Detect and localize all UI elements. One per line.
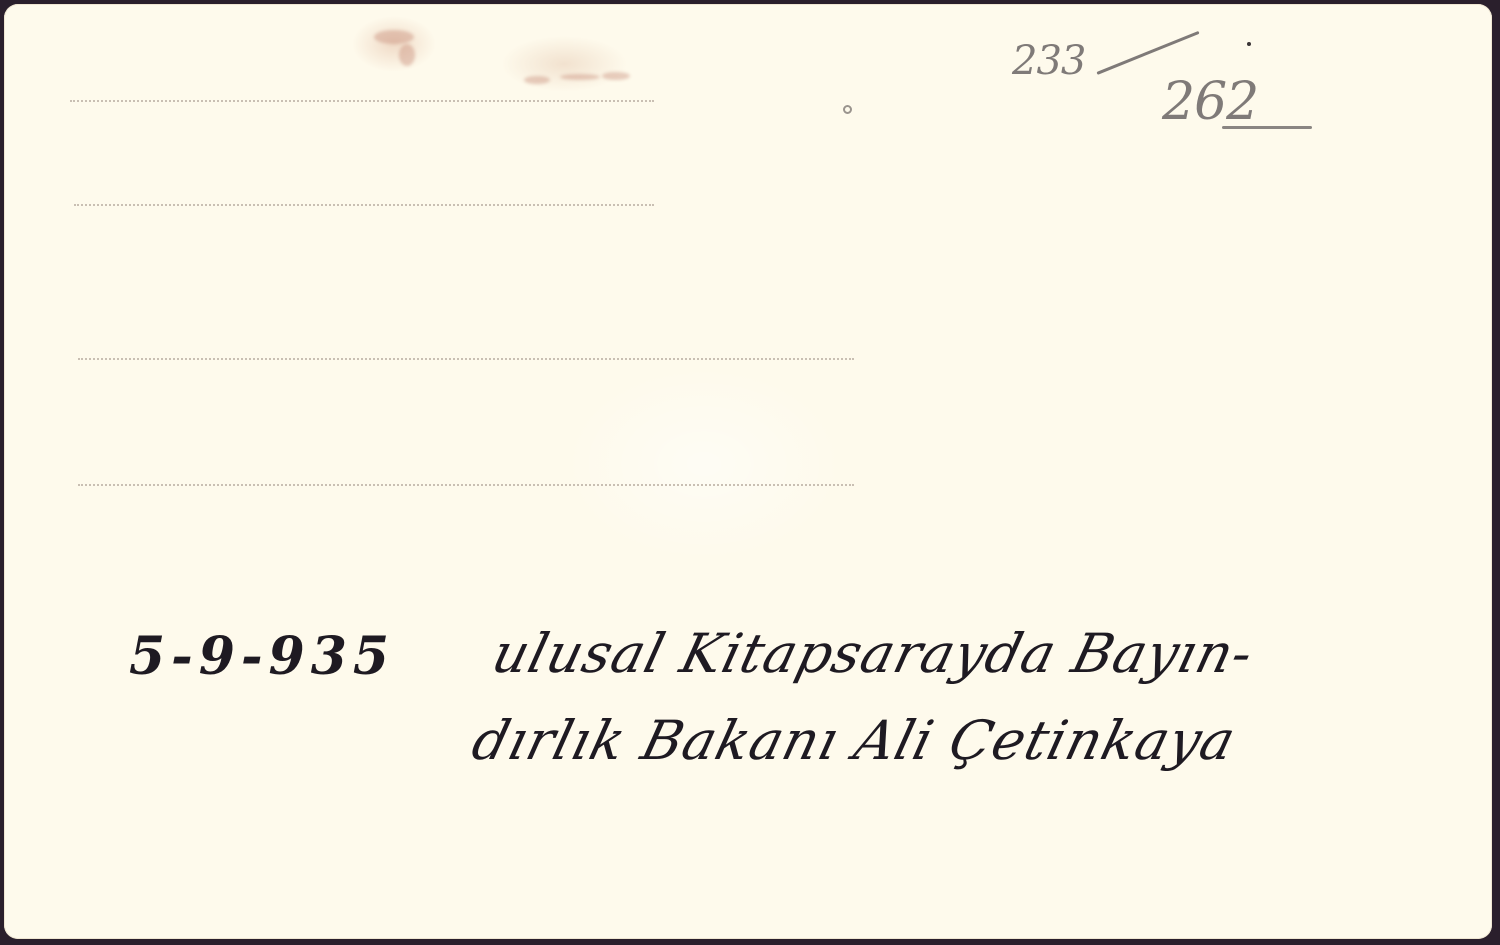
address-line <box>70 100 654 102</box>
stain-mark <box>602 72 630 80</box>
stain-mark <box>560 74 600 80</box>
ink-dot <box>1247 42 1251 46</box>
archive-number-slash <box>1096 31 1199 75</box>
handwritten-line-2: dırlık Bakanı Ali Çetinkaya <box>466 709 1242 772</box>
handwritten-line-1: ulusal Kitapsarayda Bayın- <box>486 622 1260 685</box>
pin-hole-mark <box>843 105 852 114</box>
handwritten-date: 5-9-935 <box>129 626 395 687</box>
archive-number-top: 233 <box>1012 38 1085 84</box>
address-line <box>78 358 854 360</box>
address-line <box>78 484 854 486</box>
stain-mark <box>524 76 550 84</box>
stain-mark <box>374 30 414 44</box>
address-line <box>74 204 654 206</box>
stain-mark <box>399 44 415 66</box>
archive-number-bottom: 262 <box>1162 72 1258 132</box>
postcard: 233 262 5-9-935 ulusal Kitapsarayda Bayı… <box>4 4 1492 939</box>
archive-number-underline <box>1222 126 1312 129</box>
